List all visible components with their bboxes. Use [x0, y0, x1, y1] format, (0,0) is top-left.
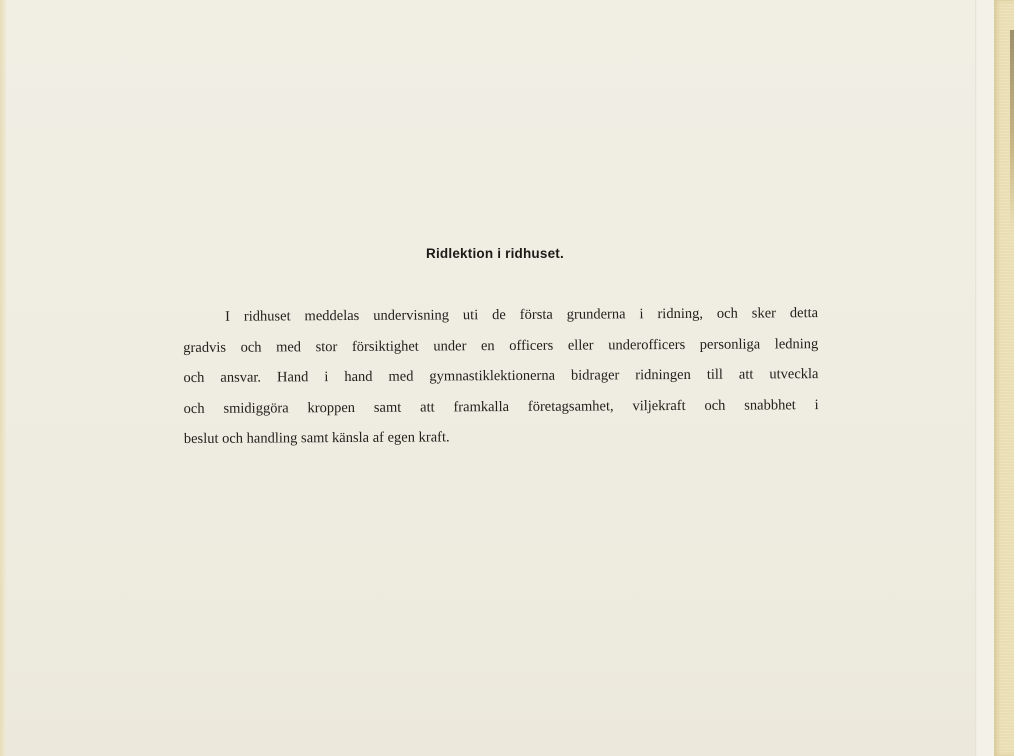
paragraph-line: gradvis och med stor försiktighet under …	[183, 329, 818, 363]
binding-shadow	[1010, 30, 1014, 230]
page-heading: Ridlektion i ridhuset.	[0, 246, 990, 261]
book-binding-edge	[994, 0, 1014, 756]
paragraph-line: beslut och handling samt känsla af egen …	[184, 420, 819, 454]
paragraph-line: och smidiggöra kroppen samt att framkall…	[184, 390, 819, 424]
paragraph-line: I ridhuset meddelas undervisning uti de …	[183, 298, 818, 332]
body-paragraph: I ridhuset meddelas undervisning uti de …	[183, 298, 819, 454]
paragraph-line: och ansvar. Hand i hand med gymnastiklek…	[183, 359, 818, 393]
book-page: Ridlektion i ridhuset. I ridhuset meddel…	[0, 0, 1014, 756]
page-left-edge	[0, 0, 6, 756]
